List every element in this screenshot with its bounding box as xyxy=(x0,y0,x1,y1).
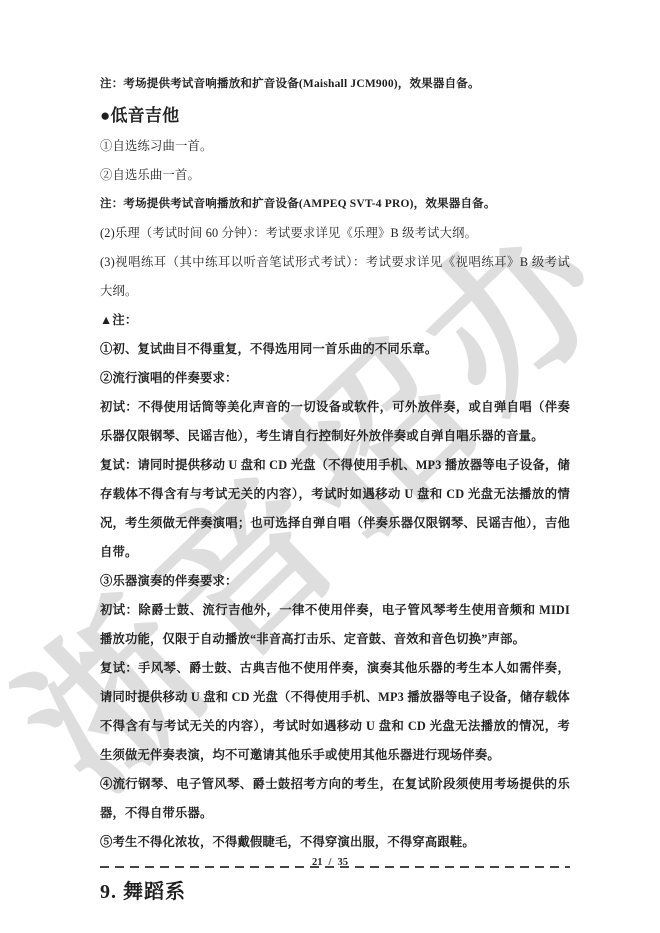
document-page: 浙音招办 注：考场提供考试音响播放和扩音设备(Maishall JCM900)，… xyxy=(0,0,660,933)
note-item: ②流行演唱的伴奏要求： xyxy=(100,364,570,393)
paragraph: 复试：手风琴、爵士鼓、古典吉他不使用伴奏，演奏其他乐器的考生本人如需伴奏，请同时… xyxy=(100,654,570,770)
page-separator: / xyxy=(326,857,335,868)
paragraph: 初试：除爵士鼓、流行吉他外，一律不使用伴奏，电子管风琴考生使用音频和 MIDI … xyxy=(100,596,570,654)
note-item: ①初、复试曲目不得重复，不得选用同一首乐曲的不同乐章。 xyxy=(100,335,570,364)
current-page-number: 21 xyxy=(309,857,326,868)
total-page-count: 35 xyxy=(334,857,351,868)
exam-subject-line: (2)乐理（考试时间 60 分钟）：考试要求详见《乐理》B 级考试大纲。 xyxy=(100,219,570,248)
section-heading: 9. 舞蹈系 xyxy=(100,879,570,905)
exam-subject-line: (3)视唱练耳（其中练耳以听音笔试形式考试）：考试要求详见《视唱练耳》B 级考试… xyxy=(100,248,570,306)
paragraph: 复试：请同时提供移动 U 盘和 CD 光盘（不得使用手机、MP3 播放器等电子设… xyxy=(100,451,570,567)
notes-heading: ▲注： xyxy=(100,306,570,335)
note-item: ③乐器演奏的伴奏要求： xyxy=(100,567,570,596)
note-item: ④流行钢琴、电子管风琴、爵士鼓招考方向的考生，在复试阶段须使用考场提供的乐器，不… xyxy=(100,770,570,828)
page-footer: 21/35 xyxy=(0,857,660,868)
paragraph: 初试：不得使用话筒等美化声音的一切设备或软件，可外放伴奏，或自弹自唱（伴奏乐器仅… xyxy=(100,393,570,451)
list-item: ①自选练习曲一首。 xyxy=(100,132,570,161)
instrument-heading: ●低音吉他 xyxy=(100,99,570,132)
note-line: 注：考场提供考试音响播放和扩音设备(Maishall JCM900)，效果器自备… xyxy=(100,70,570,99)
note-item: ⑤考生不得化浓妆，不得戴假睫毛，不得穿演出服，不得穿高跟鞋。 xyxy=(100,828,570,857)
document-content: 注：考场提供考试音响播放和扩音设备(Maishall JCM900)，效果器自备… xyxy=(100,70,570,905)
list-item: ②自选乐曲一首。 xyxy=(100,161,570,190)
note-line: 注：考场提供考试音响播放和扩音设备(AMPEQ SVT-4 PRO)，效果器自备… xyxy=(100,190,570,219)
